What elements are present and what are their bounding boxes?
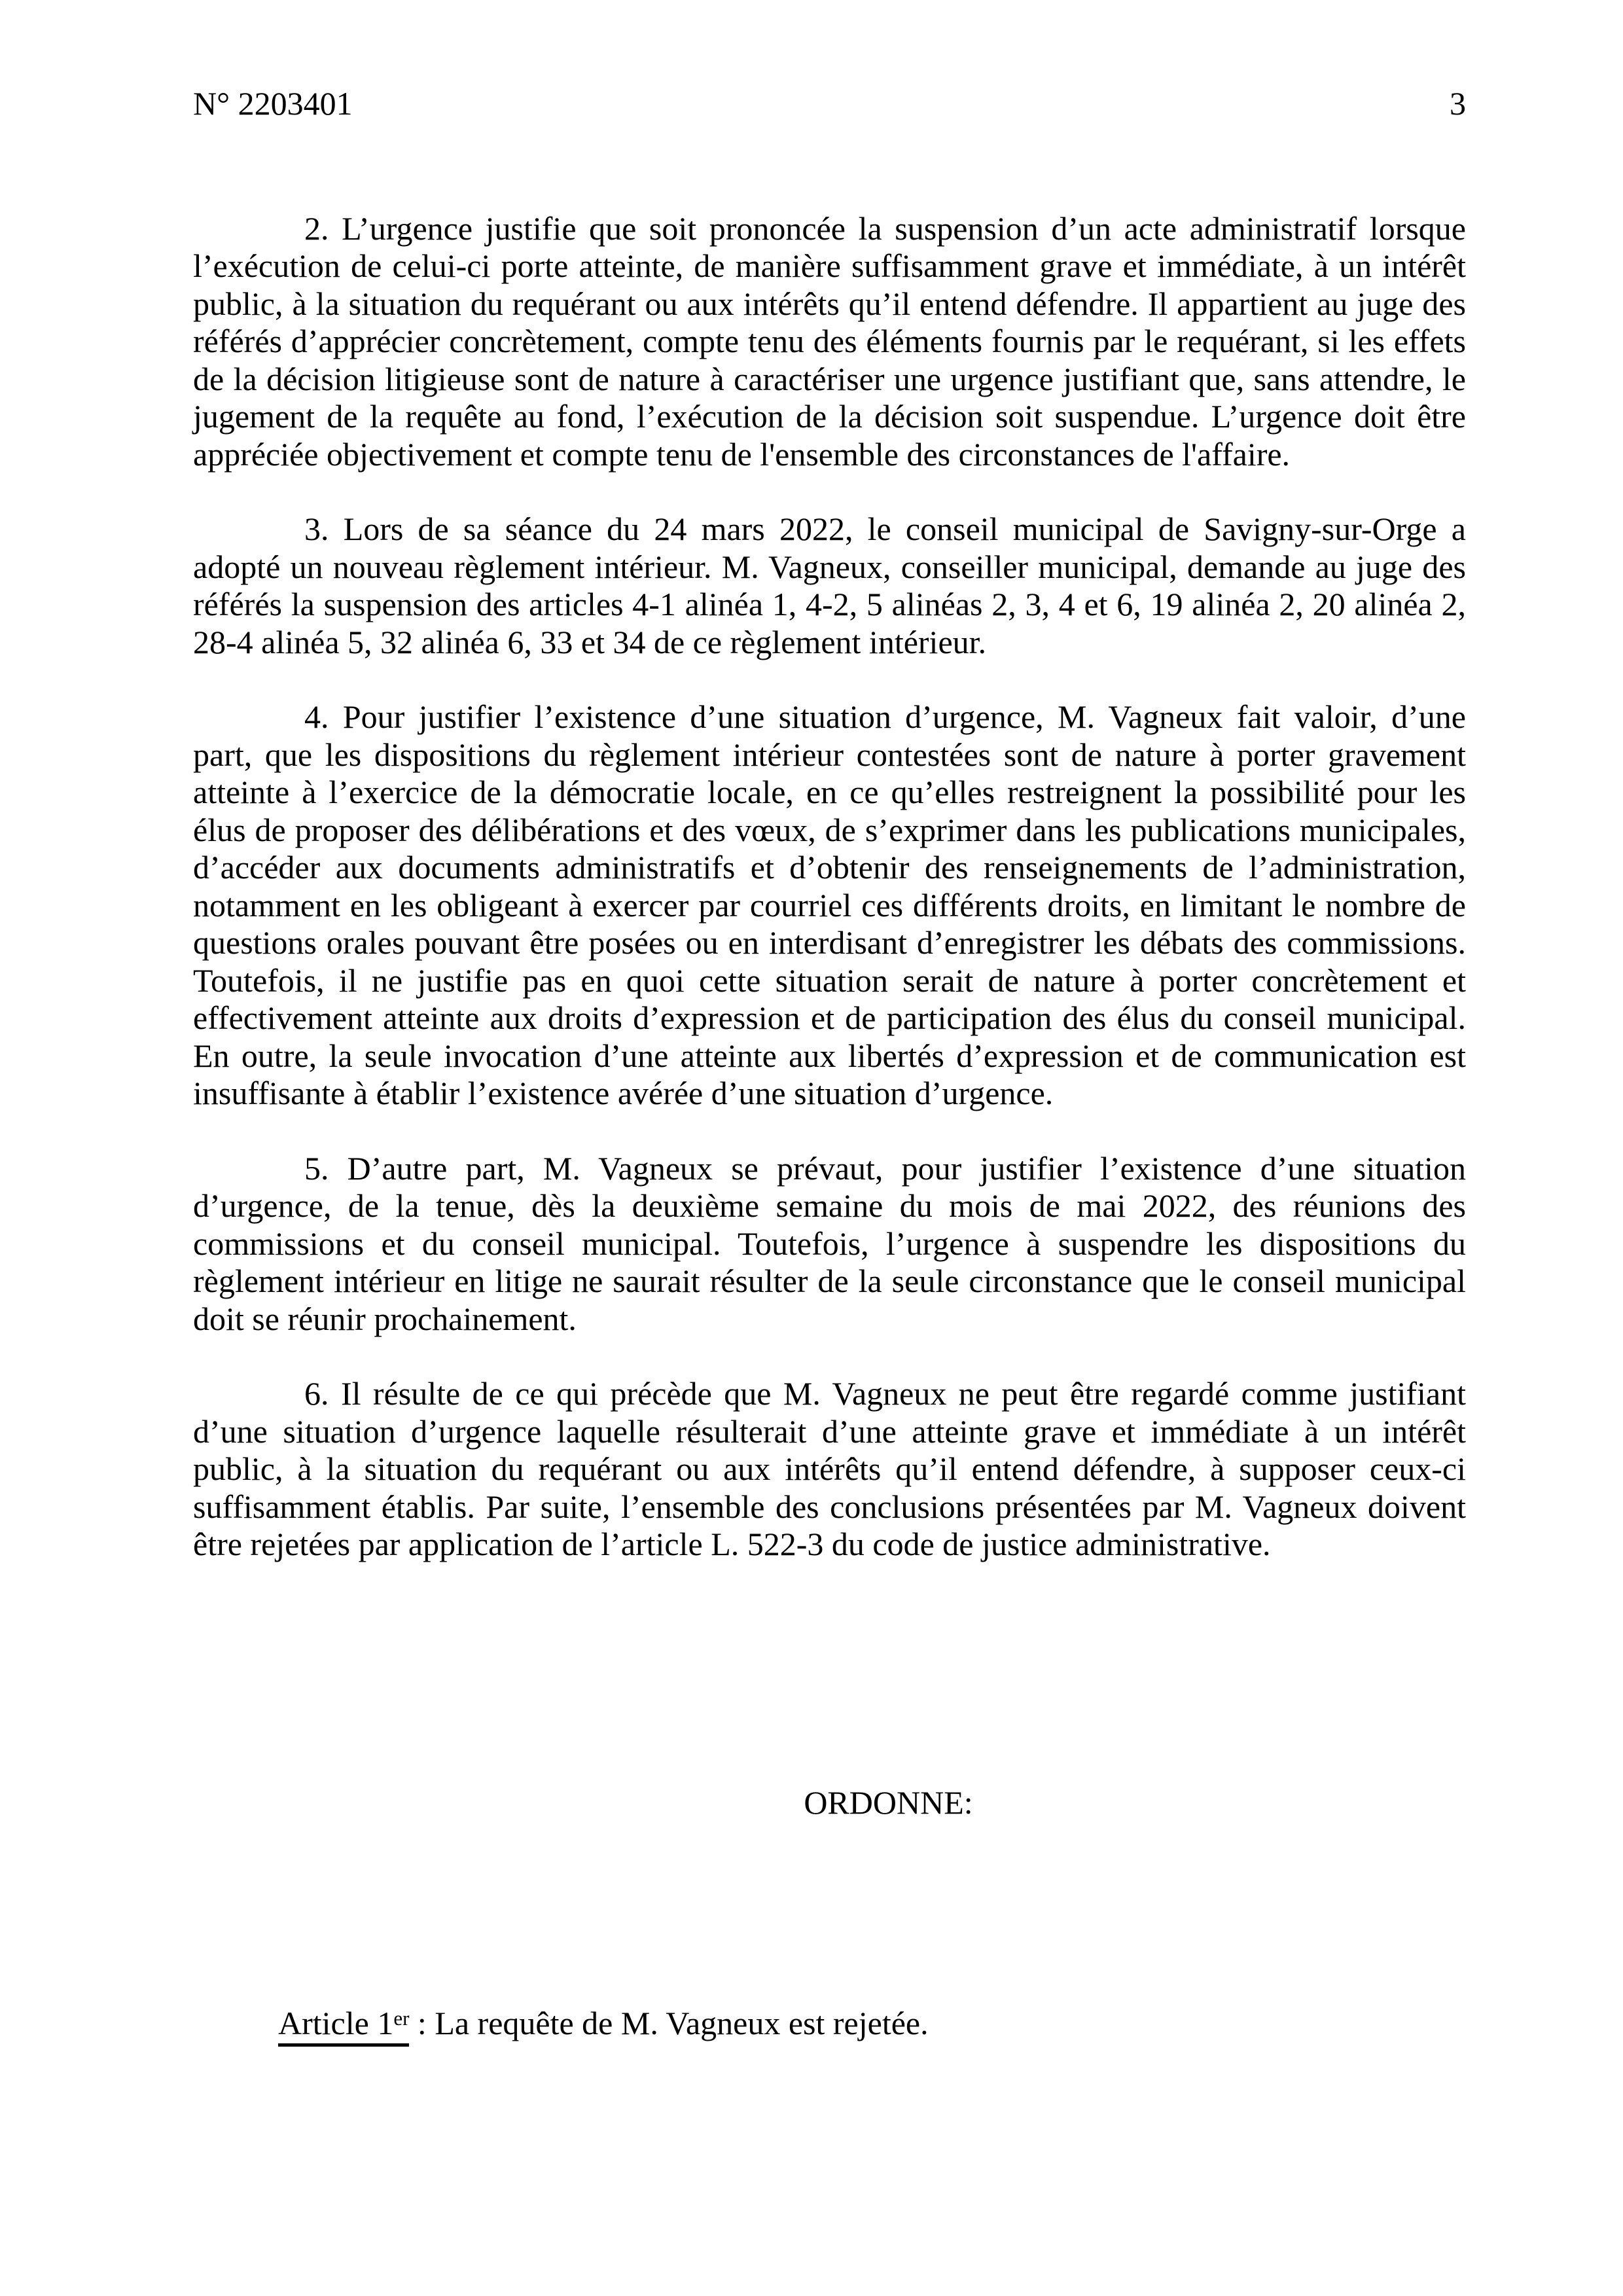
document-body: 2. L’urgence justifie que soit prononcée… — [193, 210, 1466, 2043]
ordonne-heading: ORDONNE: — [252, 1784, 1525, 1822]
article-1-label-text: Article 1 — [278, 2005, 393, 2041]
page-header: N° 2203401 3 — [193, 85, 1466, 123]
document-page: N° 2203401 3 2. L’urgence justifie que s… — [0, 0, 1623, 2296]
paragraph-point-2: 2. L’urgence justifie que soit prononcée… — [193, 210, 1466, 474]
paragraph-point-3: 3. Lors de sa séance du 24 mars 2022, le… — [193, 511, 1466, 661]
article-1-text: : La requête de M. Vagneux est rejetée. — [409, 2005, 928, 2041]
case-number: N° 2203401 — [193, 85, 353, 123]
page-number: 3 — [1450, 85, 1466, 123]
article-1-label: Article 1er — [278, 2005, 409, 2047]
article-1-ordinal: er — [393, 2007, 409, 2030]
paragraph-point-5: 5. D’autre part, M. Vagneux se prévaut, … — [193, 1150, 1466, 1338]
paragraph-point-6: 6. Il résulte de ce qui précède que M. V… — [193, 1375, 1466, 1564]
paragraph-point-4: 4. Pour justifier l’existence d’une situ… — [193, 698, 1466, 1113]
article-1-line: Article 1er : La requête de M. Vagneux e… — [193, 2005, 1466, 2043]
